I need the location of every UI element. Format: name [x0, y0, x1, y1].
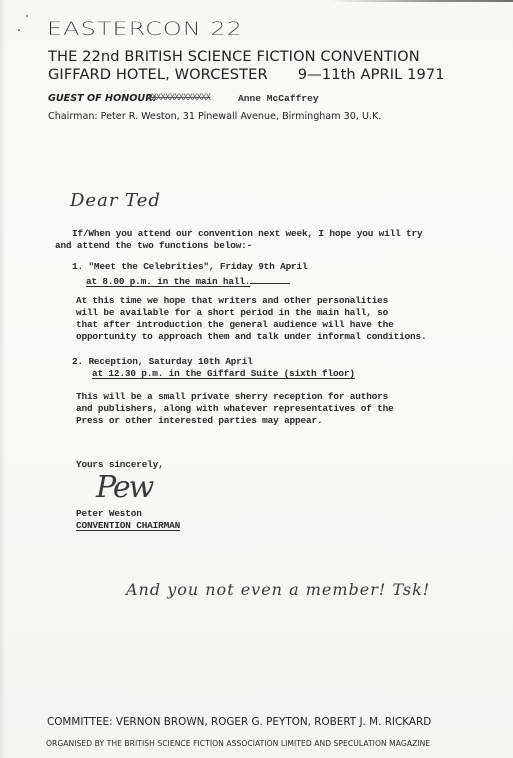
- underline-trail: [250, 273, 290, 284]
- signer-title: CONVENTION CHAIRMAN: [76, 520, 180, 532]
- function-1-description: At this time we hope that writers and ot…: [76, 295, 426, 343]
- chairman-address: Chairman: Peter R. Weston, 31 Pinewall A…: [48, 111, 381, 122]
- event-logo: EASTERCON 22: [47, 18, 243, 40]
- function-2-title: Reception, Saturday 10th April: [88, 356, 252, 367]
- function-2-number: 2.: [72, 356, 83, 367]
- function-1-title: "Meet the Celebrities", Friday 9th April: [88, 261, 307, 272]
- paper-left-shade: [0, 0, 6, 758]
- signer-name: Peter Weston: [76, 508, 142, 520]
- function-2-subheading: at 12.30 p.m. in the Giffard Suite (sixt…: [92, 368, 355, 380]
- event-dates: 9—11th APRIL 1971: [298, 66, 445, 83]
- function-1-time-place: at 8.00 p.m. in the main hall.: [86, 273, 290, 288]
- function-2-heading: 2. Reception, Saturday 10th April: [72, 356, 253, 368]
- paper-speck: [18, 29, 20, 31]
- intro-line-2: and attend the two functions below:-: [55, 240, 252, 252]
- handwritten-signature: Pew: [96, 470, 152, 505]
- handwritten-note: And you not even a member! Tsk!: [126, 580, 430, 599]
- guest-of-honour-label: GUEST OF HONOUR:: [48, 93, 156, 104]
- function-1-heading: 1. "Meet the Celebrities", Friday 9th Ap…: [72, 261, 307, 273]
- paper-edge-shadow: [330, 0, 513, 2]
- guest-of-honour-name: Anne McCaffrey: [238, 93, 319, 104]
- function-1-subheading: at 8.00 p.m. in the main hall.: [86, 276, 250, 287]
- intro-line-1: If/When you attend our convention next w…: [72, 228, 422, 240]
- committee-list: COMMITTEE: VERNON BROWN, ROGER G. PEYTON…: [47, 716, 431, 728]
- venue: GIFFARD HOTEL, WORCESTER: [48, 66, 268, 83]
- letter-page: EASTERCON 22 THE 22nd BRITISH SCIENCE FI…: [0, 0, 513, 758]
- guest-of-honour-struck-out: XXXXXXXXXXXXXX: [147, 93, 210, 103]
- convention-subtitle: THE 22nd BRITISH SCIENCE FICTION CONVENT…: [48, 48, 420, 65]
- handwritten-greeting: Dear Ted: [70, 190, 161, 211]
- function-1-number: 1.: [72, 261, 83, 272]
- paper-speck: [26, 15, 28, 17]
- function-2-description: This will be a small private sherry rece…: [76, 391, 394, 427]
- venue-and-dates: GIFFARD HOTEL, WORCESTER9—11th APRIL 197…: [48, 66, 445, 83]
- organised-by: ORGANISED BY THE BRITISH SCIENCE FICTION…: [46, 739, 430, 748]
